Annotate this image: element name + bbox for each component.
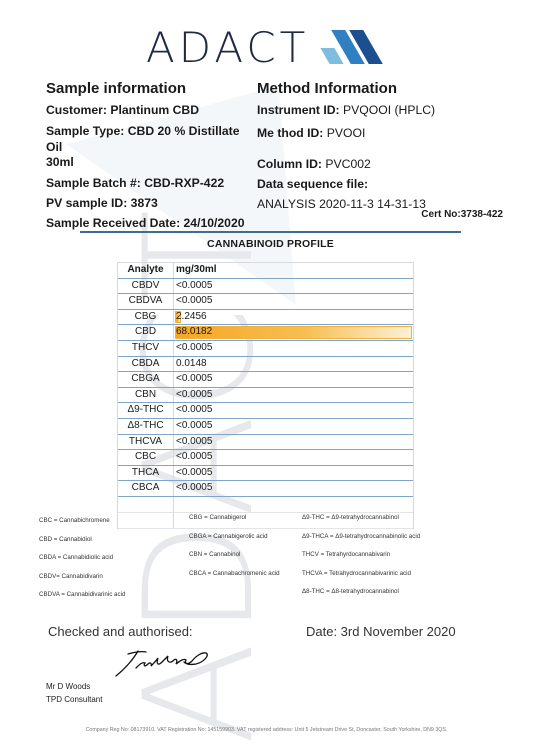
analyte-value: <0.0005 <box>176 389 212 400</box>
analyte-name: THCV <box>118 341 174 356</box>
table-row: THCVA<0.0005 <box>118 435 413 451</box>
analyte-name: CBGA <box>118 372 174 387</box>
table-header: Analyte mg/30ml <box>118 263 413 279</box>
analyte-value-cell: <0.0005 <box>174 450 413 465</box>
cert-number: Cert No:3738-422 <box>421 209 503 220</box>
legend-item: CBG = Cannabigerol <box>189 509 280 528</box>
authorisation-date: Date: 3rd November 2020 <box>306 624 456 639</box>
legend-item: CBCA = Cannabachromenic acid <box>189 565 280 584</box>
company-logo: ADACT <box>146 22 377 72</box>
analyte-value: <0.0005 <box>176 373 212 384</box>
checked-authorised: Checked and authorised: <box>48 624 193 639</box>
analyte-value: 2.2456 <box>176 311 207 322</box>
table-row: CBDVA<0.0005 <box>118 294 413 310</box>
header-analyte: Analyte <box>118 263 174 278</box>
analyte-name: CBDA <box>118 357 174 372</box>
analyte-value-cell: 0.0148 <box>174 357 413 372</box>
pv-sample-id: PV sample ID: 3873 <box>46 193 256 213</box>
section-divider <box>80 231 461 233</box>
analyte-name: THCA <box>118 466 174 481</box>
sample-info-title: Sample information <box>46 80 256 97</box>
analyte-value-cell: <0.0005 <box>174 388 413 403</box>
analyte-value-cell: <0.0005 <box>174 372 413 387</box>
legend-item: CBDV= Cannabidivarin <box>39 568 125 587</box>
analyte-value: <0.0005 <box>176 482 212 493</box>
company-footer: Company Reg No: 08173910. VAT Registrati… <box>0 727 533 733</box>
legend-column-3: Δ9-THC = Δ9-tetrahydrocannabinolΔ9-THCA … <box>302 509 420 602</box>
sample-received-date: Sample Received Date: 24/10/2020 <box>46 213 256 233</box>
method-information: Method Information Instrument ID: PVQOOI… <box>257 80 517 214</box>
header-unit: mg/30ml <box>174 263 413 278</box>
analyte-value-cell: 68.0182 <box>174 325 413 340</box>
analyte-value-cell: <0.0005 <box>174 294 413 309</box>
analyte-value-cell: <0.0005 <box>174 435 413 450</box>
signature-image <box>112 648 212 678</box>
column-value: PVC002 <box>325 157 370 171</box>
empty-cell <box>118 513 174 528</box>
table-row: CBC<0.0005 <box>118 450 413 466</box>
analyte-value: 68.0182 <box>176 326 212 337</box>
signer-block: Mr D Woods TPD Consultant <box>46 680 102 706</box>
legend-item: CBDVA = Cannabidivarinic acid <box>39 586 125 605</box>
table-row: CBD68.0182 <box>118 325 413 341</box>
legend-column-2: CBG = CannabigerolCBGA = Cannabigerolic … <box>189 509 280 583</box>
analyte-value: <0.0005 <box>176 280 212 291</box>
table-row: THCV<0.0005 <box>118 341 413 357</box>
legend-item: THCV = Tetrahyrdocannabivarin <box>302 546 420 565</box>
analyte-name: CBDV <box>118 279 174 294</box>
table-row: CBGA<0.0005 <box>118 372 413 388</box>
signer-role: TPD Consultant <box>46 693 102 706</box>
analyte-value: <0.0005 <box>176 404 212 415</box>
table-row: Δ9-THC<0.0005 <box>118 403 413 419</box>
legend-item: Δ9-THC = Δ9-tetrahydrocannabinol <box>302 509 420 528</box>
analyte-name: Δ8-THC <box>118 419 174 434</box>
analyte-value-cell: <0.0005 <box>174 466 413 481</box>
sample-information: Sample information Customer: Plantinum C… <box>46 80 256 233</box>
analyte-name: CBG <box>118 310 174 325</box>
analyte-value-cell: 2.2456 <box>174 310 413 325</box>
profile-title: CANNABINOID PROFILE <box>80 238 461 250</box>
analyte-name: THCVA <box>118 435 174 450</box>
analyte-name: CBN <box>118 388 174 403</box>
instrument-label: Instrument ID: <box>257 103 340 117</box>
legend-item: CBDA = Cannabidiolic acid <box>39 549 125 568</box>
analyte-value: <0.0005 <box>176 295 212 306</box>
legend-item: CBGA = Cannabigerolic acid <box>189 528 280 547</box>
analyte-name: Δ9-THC <box>118 403 174 418</box>
legend-item: CBD = Cannabidiol <box>39 531 125 550</box>
table-row: CBDA0.0148 <box>118 357 413 373</box>
sample-type-cont: 30ml <box>46 155 256 169</box>
analyte-value-cell: <0.0005 <box>174 403 413 418</box>
analyte-name: CBC <box>118 450 174 465</box>
table-row: CBCA<0.0005 <box>118 481 413 497</box>
analyte-name: CBDVA <box>118 294 174 309</box>
analyte-name: CBCA <box>118 481 174 496</box>
customer: Customer: Plantinum CBD <box>46 100 256 120</box>
method-value: PVOOI <box>327 126 366 140</box>
analyte-value-cell: <0.0005 <box>174 341 413 356</box>
sample-type: Sample Type: CBD 20 % Distillate Oil <box>46 123 256 155</box>
legend-item: Δ9-THCA = Δ9-tetrahydrocannabinolic acid <box>302 528 420 547</box>
method-label: Me thod ID: <box>257 126 323 140</box>
instrument-value: PVQOOI (HPLC) <box>343 103 435 117</box>
method-info-title: Method Information <box>257 80 517 97</box>
column-label: Column ID: <box>257 157 322 171</box>
legend-column-1: CBC = CannabichromeneCBD = CannabidiolCB… <box>39 512 125 605</box>
analyte-value: <0.0005 <box>176 467 212 478</box>
analyte-value-cell: <0.0005 <box>174 481 413 496</box>
signer-name: Mr D Woods <box>46 680 102 693</box>
logo-text: ADACT <box>146 23 309 72</box>
legend-item: THCVA = Tetrahydrocannabivarinic acid <box>302 565 420 584</box>
table-row: CBG2.2456 <box>118 310 413 326</box>
logo-mark-icon <box>319 30 377 64</box>
analyte-value: <0.0005 <box>176 420 212 431</box>
analyte-value: 0.0148 <box>176 358 207 369</box>
analyte-value-cell: <0.0005 <box>174 279 413 294</box>
analyte-value: <0.0005 <box>176 436 212 447</box>
analyte-name: CBD <box>118 325 174 340</box>
analyte-value: <0.0005 <box>176 451 212 462</box>
legend-item: Δ8-THC = Δ8-tetrahydrocannabinol <box>302 583 420 602</box>
table-row: Δ8-THC<0.0005 <box>118 419 413 435</box>
table-row: CBDV<0.0005 <box>118 279 413 295</box>
table-row: CBN<0.0005 <box>118 388 413 404</box>
legend-item: CBN = Cannabinol <box>189 546 280 565</box>
analyte-value: <0.0005 <box>176 342 212 353</box>
cannabinoid-table: Analyte mg/30ml CBDV<0.0005CBDVA<0.0005C… <box>117 262 414 529</box>
empty-cell <box>118 497 174 512</box>
sequence-label: Data sequence file: <box>257 174 517 194</box>
analyte-value-cell: <0.0005 <box>174 419 413 434</box>
legend-item: CBC = Cannabichromene <box>39 512 125 531</box>
sample-batch: Sample Batch #: CBD-RXP-422 <box>46 173 256 193</box>
table-row: THCA<0.0005 <box>118 466 413 482</box>
